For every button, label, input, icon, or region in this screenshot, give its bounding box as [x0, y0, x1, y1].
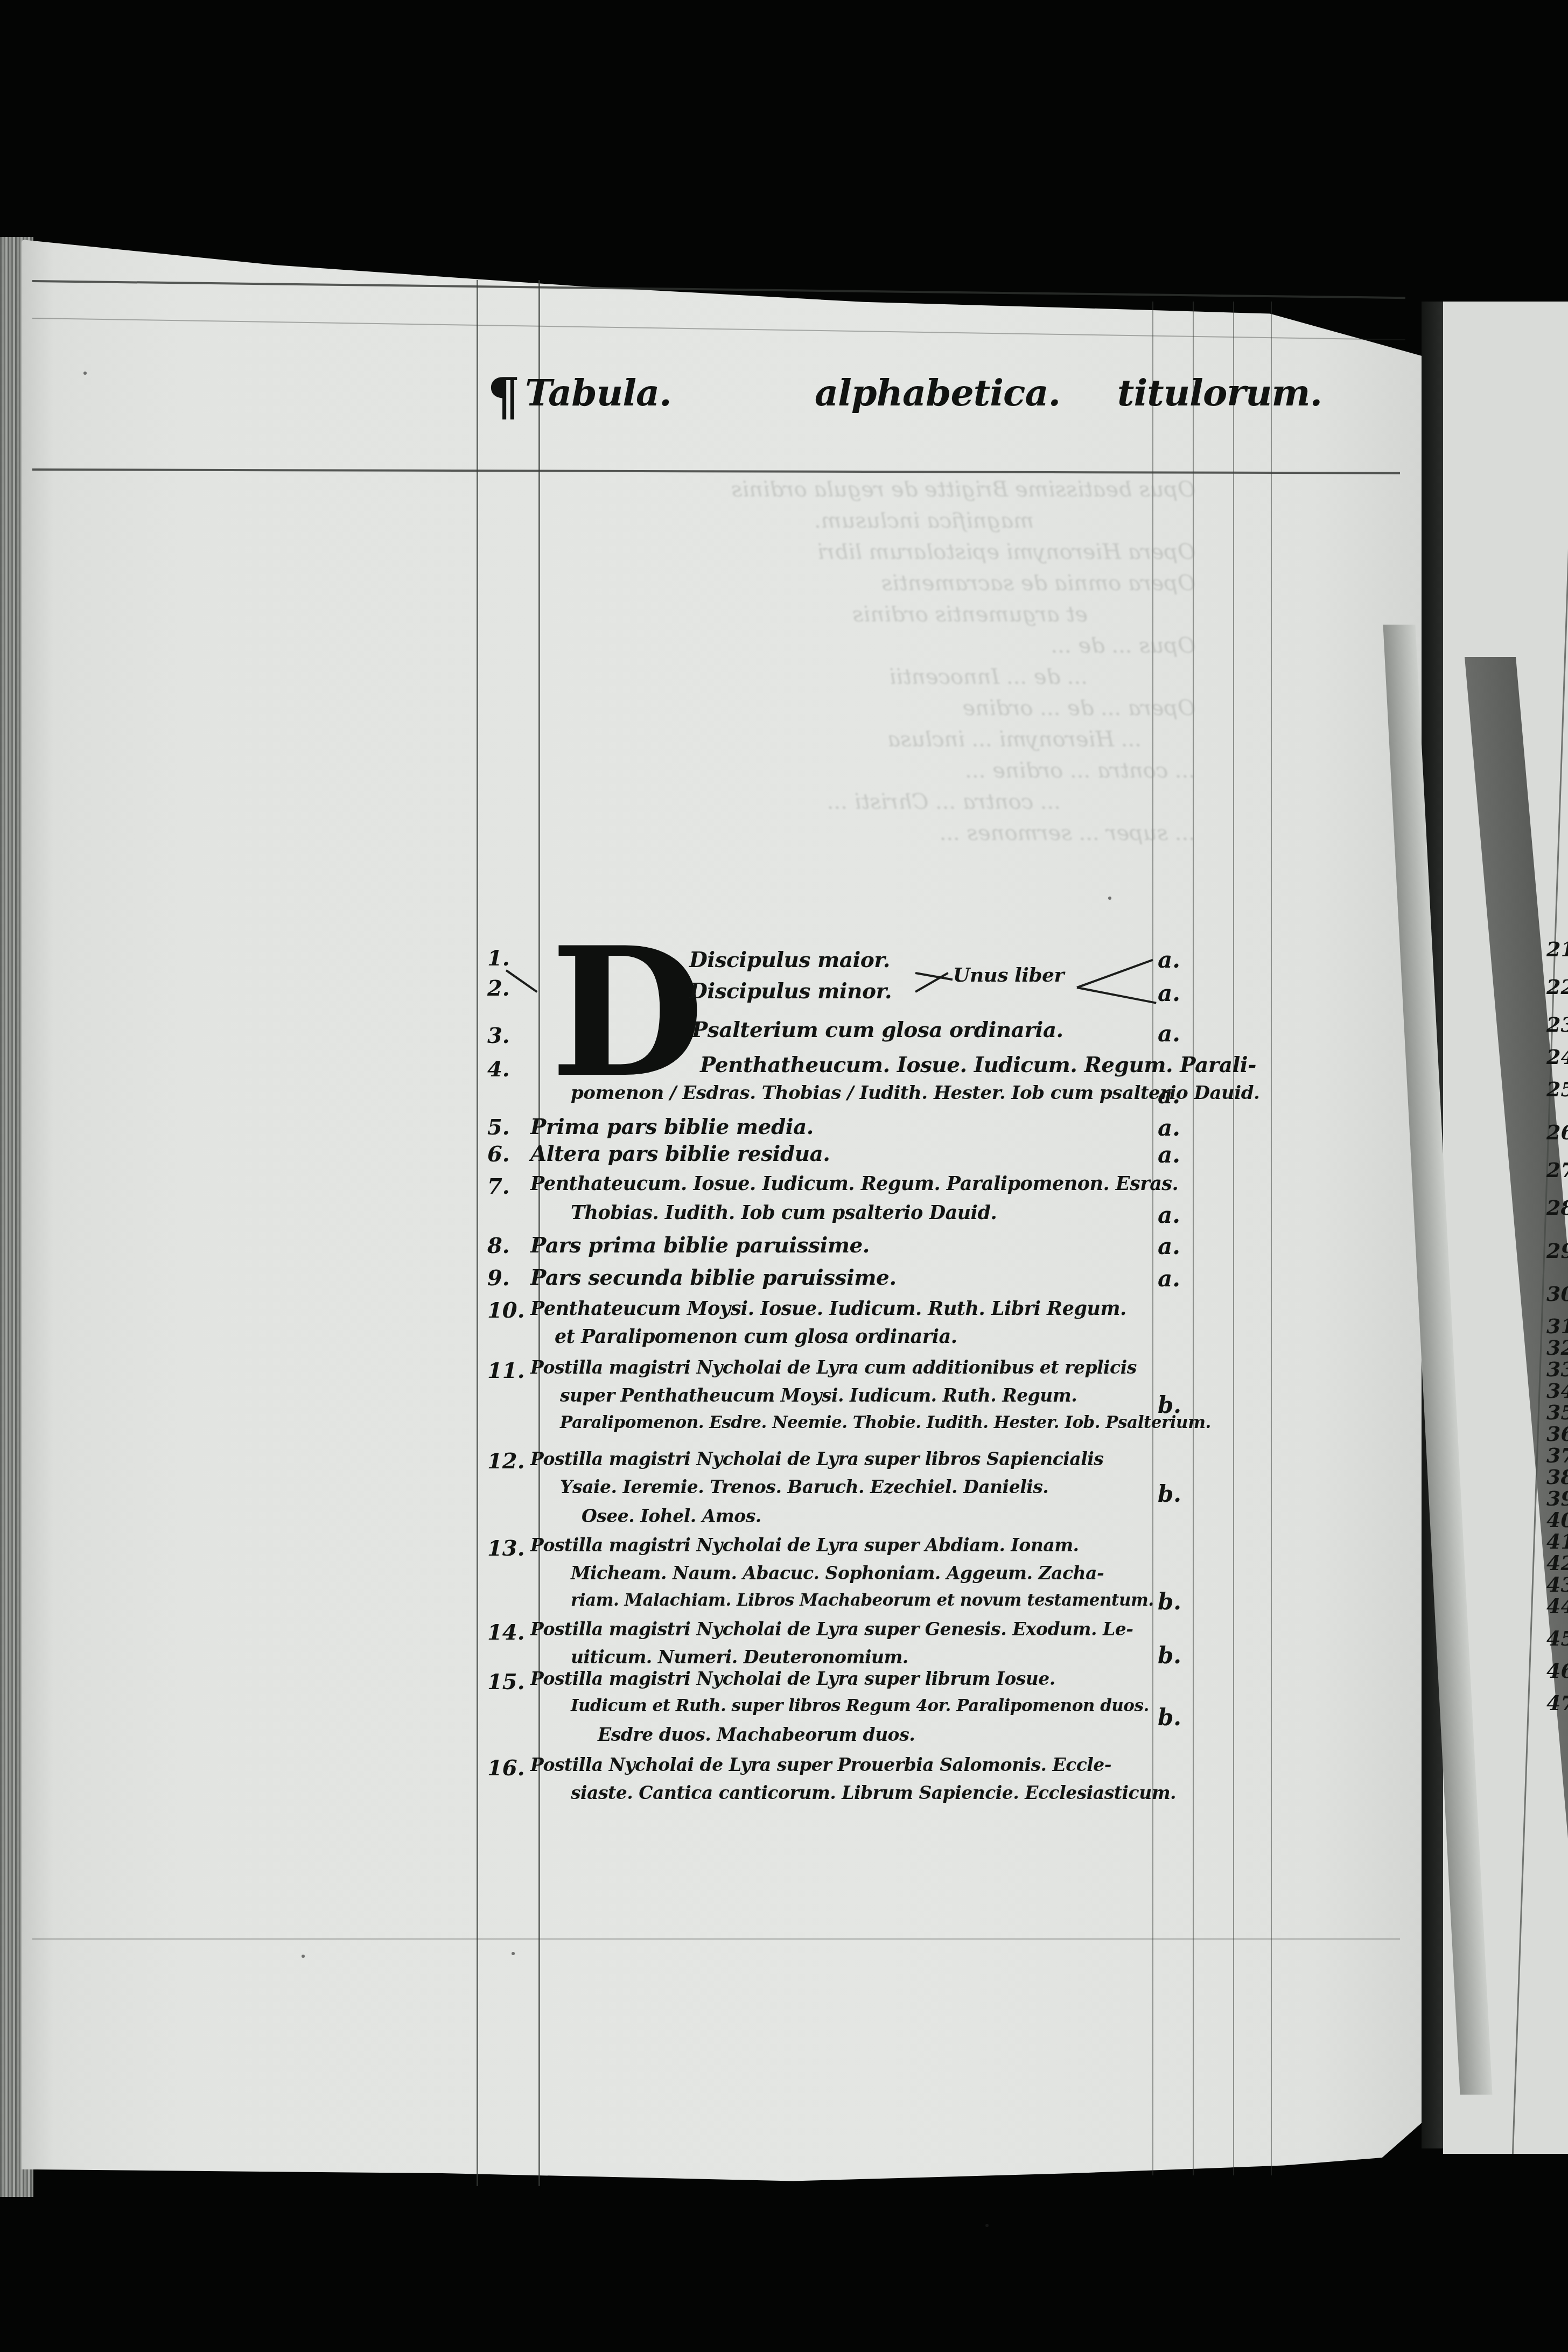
entry-number: 7. — [487, 1174, 530, 1199]
entry-text: Postilla Nycholai de Lyra super Prouerbi… — [530, 1754, 1111, 1775]
facing-number: 40. — [1546, 1508, 1568, 1532]
facing-number: 26. — [1546, 1120, 1568, 1144]
entry-text: Osee. Iohel. Amos. — [582, 1506, 761, 1527]
facing-number: 28. — [1546, 1195, 1568, 1220]
entry-mark: b. — [1158, 1481, 1181, 1507]
entry-mark: a. — [1158, 980, 1180, 1006]
entry-text: riam. Malachiam. Libros Machabeorum et n… — [571, 1591, 1154, 1610]
entry-text: uiticum. Numeri. Deuteronomium. — [571, 1647, 908, 1668]
entry-number: 14. — [487, 1620, 530, 1645]
entry-number: 13. — [487, 1536, 530, 1561]
entry-text: Micheam. Naum. Abacuc. Sophoniam. Aggeum… — [571, 1563, 1104, 1584]
entry-text: Iudicum et Ruth. super libros Regum 4or.… — [571, 1696, 1149, 1716]
entry-number: 10. — [487, 1298, 530, 1323]
facing-number: 25. — [1546, 1077, 1568, 1101]
entry-mark: a. — [1158, 1115, 1180, 1141]
entry-text: Penthateucum Moysi. Iosue. Iudicum. Ruth… — [530, 1298, 1126, 1320]
entry-text: Pars secunda biblie paruissime. — [530, 1265, 897, 1290]
entry-text: Penthateucum. Iosue. Iudicum. Regum. Par… — [530, 1173, 1178, 1195]
entry-mark: a. — [1158, 947, 1180, 973]
entry-mark: a. — [1158, 1233, 1180, 1259]
facing-number: 43. — [1546, 1572, 1568, 1597]
facing-number: 35. — [1546, 1400, 1568, 1424]
facing-number: 44. — [1546, 1594, 1568, 1618]
entry-text: Postilla magistri Nycholai de Lyra cum a… — [530, 1357, 1137, 1378]
entry-mark: a. — [1158, 1202, 1180, 1228]
entry-text: Pars prima biblie paruissime. — [530, 1233, 870, 1258]
entry-number: 8. — [487, 1233, 530, 1258]
entry-mark: b. — [1158, 1588, 1181, 1615]
entry-text: Discipulus minor. — [689, 979, 892, 1004]
entry-text: Ysaie. Ieremie. Trenos. Baruch. Ezechiel… — [560, 1476, 1048, 1497]
facing-number: 37. — [1546, 1443, 1568, 1467]
facing-number: 45. — [1546, 1626, 1568, 1650]
entry-text: Prima pars biblie media. — [530, 1115, 814, 1139]
entry-number: 3. — [487, 1023, 530, 1048]
entry-number: 16. — [487, 1755, 530, 1781]
entry-text: Thobias. Iudith. Iob cum psalterio Dauid… — [571, 1202, 997, 1224]
entry-mark: a. — [1158, 1020, 1180, 1047]
entry-text: Penthatheucum. Iosue. Iudicum. Regum. Pa… — [700, 1053, 1256, 1077]
entry-number: 5. — [487, 1115, 530, 1140]
facing-number: 29. — [1546, 1238, 1568, 1263]
facing-number: 39. — [1546, 1486, 1568, 1510]
facing-number: 30. — [1546, 1282, 1568, 1306]
facing-number: 24. — [1546, 1045, 1568, 1069]
entry-number: 6. — [487, 1142, 530, 1167]
brace-note: Unus liber — [953, 964, 1064, 986]
facing-number: 34. — [1546, 1378, 1568, 1403]
entry-text: super Penthatheucum Moysi. Iudicum. Ruth… — [560, 1385, 1077, 1406]
facing-number: 22. — [1546, 975, 1568, 999]
entry-mark: b. — [1158, 1642, 1181, 1669]
entry-text: Postilla magistri Nycholai de Lyra super… — [530, 1668, 1055, 1689]
entry-number: 2. — [487, 976, 530, 1001]
entry-text: Paralipomenon. Esdre. Neemie. Thobie. Iu… — [560, 1413, 1211, 1432]
entry-mark: b. — [1158, 1392, 1181, 1418]
entry-mark: a. — [1158, 1082, 1180, 1109]
entry-number: 12. — [487, 1448, 530, 1474]
entry-text: Psalterium cum glosa ordinaria. — [692, 1018, 1063, 1042]
facing-number: 33. — [1546, 1357, 1568, 1381]
facing-number: 36. — [1546, 1422, 1568, 1446]
facing-number: 21. — [1546, 937, 1568, 961]
entry-text: Altera pars biblie residua. — [530, 1142, 830, 1166]
entry-text: Discipulus maior. — [689, 948, 890, 972]
facing-number: 27. — [1546, 1158, 1568, 1182]
entry-number: 9. — [487, 1265, 530, 1291]
facing-number: 38. — [1546, 1465, 1568, 1489]
facing-number: 23. — [1546, 1012, 1568, 1037]
facing-number: 32. — [1546, 1335, 1568, 1360]
entry-text: Postilla magistri Nycholai de Lyra super… — [530, 1619, 1133, 1640]
entry-text: Esdre duos. Machabeorum duos. — [598, 1724, 915, 1745]
entry-text: Postilla magistri Nycholai de Lyra super… — [530, 1448, 1103, 1469]
catalog-entries: 1. Discipulus maior. a. 2. Discipulus mi… — [0, 0, 1568, 2352]
facing-number: 31. — [1546, 1314, 1568, 1338]
entry-text: et Paralipomenon cum glosa ordinaria. — [555, 1326, 957, 1348]
entry-mark: a. — [1158, 1142, 1180, 1168]
facing-number: 42. — [1546, 1551, 1568, 1575]
entry-text: siaste. Cantica canticorum. Librum Sapie… — [571, 1782, 1176, 1803]
brace-stroke-right-top — [1076, 959, 1153, 989]
entry-number: 15. — [487, 1669, 530, 1695]
facing-number: 47. — [1546, 1691, 1568, 1715]
facing-number: 46. — [1546, 1658, 1568, 1683]
entry-mark: a. — [1158, 1265, 1180, 1292]
entry-mark: b. — [1158, 1704, 1181, 1731]
entry-number: 4. — [487, 1056, 530, 1082]
entry-text: Postilla magistri Nycholai de Lyra super… — [530, 1535, 1079, 1556]
entry-number: 1. — [487, 946, 530, 971]
facing-number: 41. — [1546, 1529, 1568, 1553]
entry-number: 11. — [487, 1358, 530, 1383]
entry-text: pomenon / Esdras. Thobias / Iudith. Hest… — [571, 1082, 1259, 1104]
brace-stroke-right-bottom — [1077, 986, 1157, 1004]
